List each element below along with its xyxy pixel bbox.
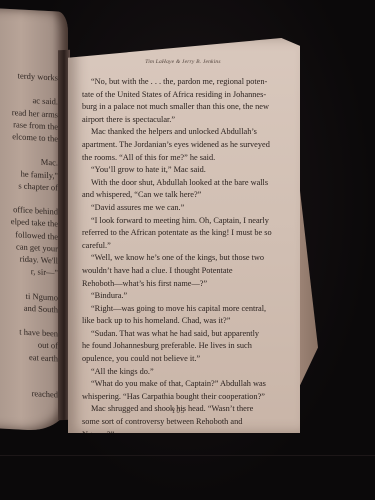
text-line: burg in a palace not much smaller than t… xyxy=(82,101,290,114)
text-line: careful.” xyxy=(82,240,290,253)
text-line: he found Johannesburg preferable. He liv… xyxy=(82,340,290,353)
running-head: Tim LaHaye & Jerry B. Jenkins xyxy=(108,59,258,65)
text-line-fragment: and South xyxy=(24,302,58,317)
text-line: like back up to his homeland. Chad, was … xyxy=(82,315,290,328)
right-page: Tim LaHaye & Jerry B. Jenkins “No, but w… xyxy=(68,38,300,433)
text-line: “Well, we know he’s one of the kings, bu… xyxy=(82,252,290,265)
page-number: 105 xyxy=(172,407,186,415)
text-line: referred to the African potentate as the… xyxy=(82,227,290,240)
text-line: tate of the United States of Africa resi… xyxy=(82,89,290,102)
text-line: “Bindura.” xyxy=(82,290,290,303)
text-line-fragment: eat earth xyxy=(29,351,58,366)
text-line: the rooms. “All of this for me?” he said… xyxy=(82,152,290,165)
text-line: “I look forward to meeting him. Oh, Capt… xyxy=(82,215,290,228)
text-line: airport there is spectacular.” xyxy=(82,114,290,127)
text-line-fragment: r, sir—" xyxy=(31,265,58,280)
text-line-fragment: elcome to the xyxy=(12,130,58,146)
text-line: Rehoboth—what’s his first name—?” xyxy=(82,278,290,291)
text-line: “David assures me we can.” xyxy=(82,202,290,215)
text-line: “What do you make of that, Captain?” Abd… xyxy=(82,378,290,391)
text-line: Mac thanked the helpers and unlocked Abd… xyxy=(82,126,290,139)
text-line: some sort of controversy between Rehobot… xyxy=(82,416,290,429)
text-line: “No, but with the . . . the, pardon me, … xyxy=(82,76,290,89)
text-line: whispering. “Has Carpathia bought their … xyxy=(82,391,290,404)
text-line: apartment. The Jordanian’s eyes widened … xyxy=(82,139,290,152)
text-line-fragment: s chapter of xyxy=(18,179,58,194)
right-page-body: “No, but with the . . . the, pardon me, … xyxy=(82,76,290,454)
surface-edge xyxy=(0,455,375,456)
text-line: “Right—was going to move his capital mor… xyxy=(82,303,290,316)
text-line: Ngumo?” xyxy=(82,429,290,442)
text-line: With the door shut, Abdullah looked at t… xyxy=(82,177,290,190)
text-line: opulence, you could not believe it.” xyxy=(82,353,290,366)
text-line: “All the kings do.” xyxy=(82,366,290,379)
text-line: and whispered, “Can we talk here?” xyxy=(82,189,290,202)
book-photo: terdy worksac said.read her armsrase fro… xyxy=(0,0,375,500)
text-line: Mac shrugged and shook his head. “Wasn’t… xyxy=(82,403,290,416)
text-line-fragment: terdy works xyxy=(18,69,58,85)
text-line-fragment: reached xyxy=(32,387,58,402)
text-line: “You’ll grow to hate it,” Mac said. xyxy=(82,164,290,177)
text-line: “Oh, yes! When Ngumo was secretary-gener… xyxy=(82,441,290,454)
text-line: wouldn’t have had a clue. I thought Pote… xyxy=(82,265,290,278)
text-line: “Sudan. That was what he had said, but a… xyxy=(82,328,290,341)
